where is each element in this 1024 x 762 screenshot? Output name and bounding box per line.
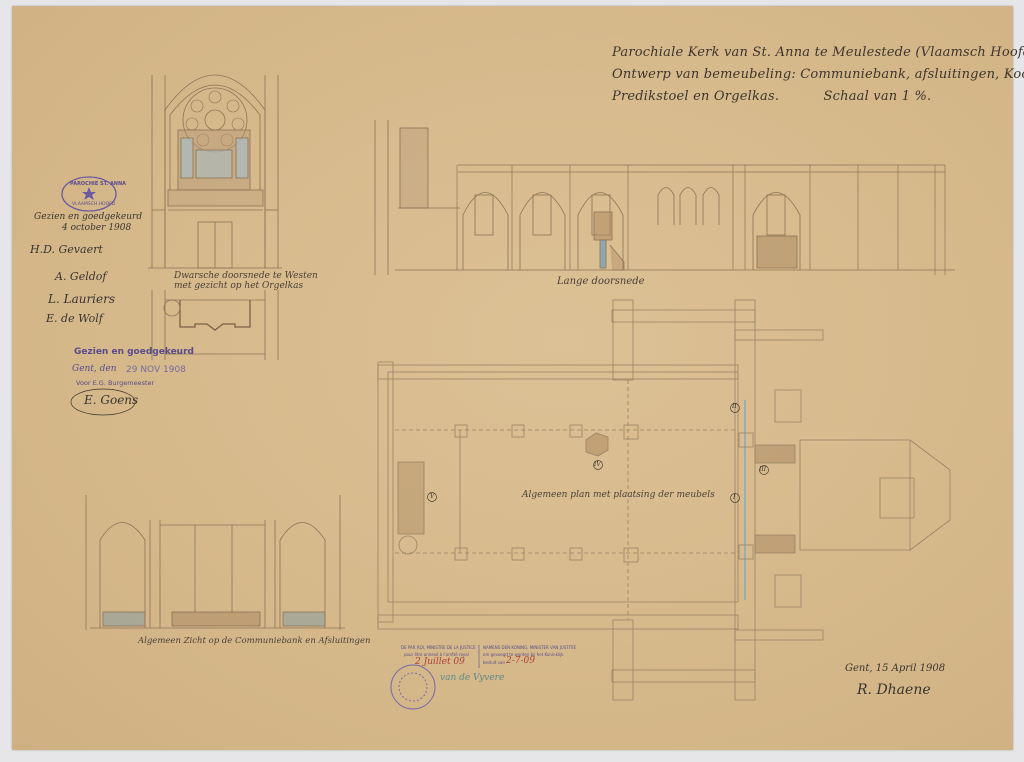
plan-caption: Algemeen plan met plaatsing der meubels xyxy=(522,490,715,500)
approved-place: Gent, den xyxy=(72,364,117,374)
signature-2: A. Geldof xyxy=(55,270,107,283)
parish-stamp-top: PAROCHIE ST. ANNA xyxy=(70,181,126,187)
signature-4: E. de Wolf xyxy=(46,312,103,325)
signature-1: H.D. Gevaert xyxy=(30,243,103,256)
scale-note: Schaal van 1 %. xyxy=(824,89,932,104)
ministry-nl-date: 2-7-09 xyxy=(506,656,535,666)
title-block: Parochiale Kerk van St. Anna te Meuleste… xyxy=(612,42,1024,108)
ministry-signature: van de Vyvere xyxy=(440,673,504,683)
west-elevation-caption-2: met gezicht op het Orgelkas xyxy=(174,281,318,291)
floor-plan-drawing xyxy=(378,300,950,700)
ministry-fr-1: DE PAR ROI, MINISTRE DE LA JUSTICE xyxy=(401,645,476,650)
communion-rail-caption: Algemeen Zicht op de Communiebank en Afs… xyxy=(138,636,370,646)
architect-signature: R. Dhaene xyxy=(857,682,931,698)
title-line-3-text: Predikstoel en Orgelkas. xyxy=(612,89,779,104)
ministry-fr-date: 2 Juillet 09 xyxy=(415,657,465,667)
approved-by: Voor E.G. Burgemeester xyxy=(76,379,154,387)
west-elevation-caption-1: Dwarsche doorsnede te Westen xyxy=(174,271,318,281)
marker-4: IV xyxy=(594,461,601,468)
west-elevation-drawing xyxy=(148,75,282,268)
ministry-seal xyxy=(391,665,435,709)
marker-5: V xyxy=(430,493,434,500)
approved-signature: E. Goens xyxy=(84,393,138,407)
title-line-1: Parochiale Kerk van St. Anna te Meuleste… xyxy=(612,42,1024,64)
title-line-3: Predikstoel en Orgelkas. Schaal van 1 %. xyxy=(612,86,1024,108)
seen-note-1: Gezien en goedgekeurd xyxy=(34,212,142,222)
place-date: Gent, 15 April 1908 xyxy=(845,663,945,674)
west-elevation-caption: Dwarsche doorsnede te Westen met gezicht… xyxy=(174,271,318,291)
long-section-caption: Lange doorsnede xyxy=(557,276,645,287)
communion-rail-drawing xyxy=(86,495,345,630)
ministry-nl-1: NAMENS DEN KONING, MINISTER VAN JUSTITIE xyxy=(483,645,576,650)
ministry-nl-3: besluit van xyxy=(483,660,505,665)
long-section-drawing xyxy=(375,120,955,275)
approved-heading: Gezien en goedgekeurd xyxy=(74,347,194,357)
parish-stamp-bottom: VLAAMSCH HOOFD xyxy=(72,202,115,207)
marker-1: I xyxy=(733,494,735,501)
seen-note-2: 4 october 1908 xyxy=(62,223,131,233)
title-line-2: Ontwerp van bemeubeling: Communiebank, a… xyxy=(612,64,1024,86)
marker-3: III xyxy=(759,466,766,473)
marker-2: II xyxy=(732,403,737,410)
approved-date: 29 NOV 1908 xyxy=(126,365,186,375)
signature-3: L. Lauriers xyxy=(48,292,115,306)
